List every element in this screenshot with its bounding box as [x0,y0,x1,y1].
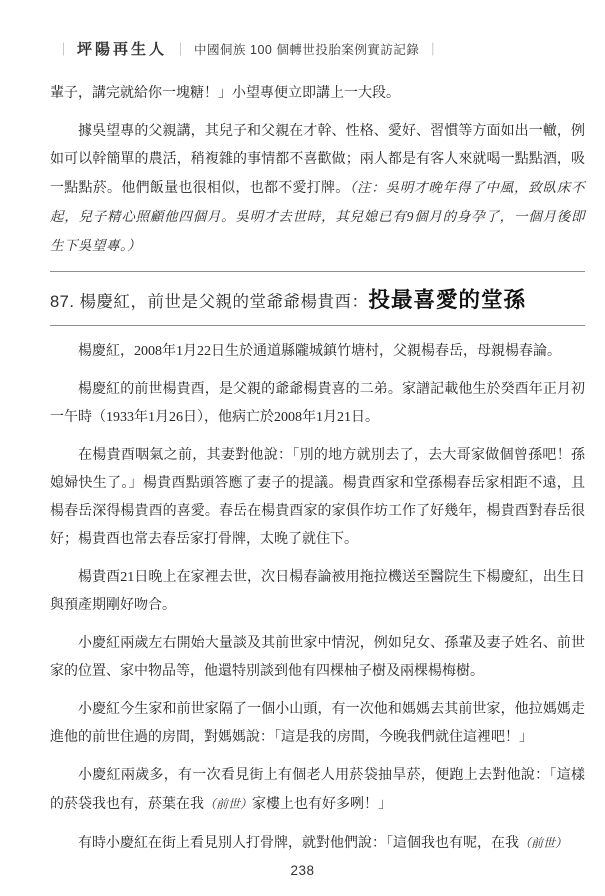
case-87-heading-block: 87. 楊慶紅，前世是父親的堂爺爺楊貴酉： 投最喜愛的堂孫 [50,271,585,326]
case-87-heading-emphasis: 投最喜愛的堂孫 [369,283,527,314]
continuation-paragraph: 輩子，講完就給你一塊糖！」小望專便立即講上一大段。 [50,80,585,108]
birth-info-paragraph: 楊慶紅，2008年1月22日生於通道縣隴城鎮竹塘村，父親楊春岳，母親楊春論。 [50,338,585,366]
early-statements-paragraph: 小慶紅兩歲左右開始大量談及其前世家中情況，例如兒女、孫輩及妻子姓名、前世家的位置… [50,630,585,686]
running-head: ｜ 坪陽再生人 ｜ 中國侗族 100 個轉世投胎案例實訪記錄 ｜ [50,38,585,59]
page-number: 238 [290,863,314,878]
case-87-heading-line: 87. 楊慶紅，前世是父親的堂爺爺楊貴酉： 投最喜愛的堂孫 [50,283,585,314]
deathbed-wish-paragraph: 在楊貴酉咽氣之前，其妻對他說：「別的地方就別去了，去大哥家做個曾孫吧！孫媳婦快生… [50,442,585,554]
previous-life-gloss-2: （前世） [519,836,567,850]
header-separator-right: ｜ [419,39,446,58]
tobacco-pouch-paragraph: 小慶紅兩歲多，有一次看見街上有個老人用菸袋抽旱菸，便跑上去對他說：「這樣的菸袋我… [50,762,585,819]
previous-life-identity-paragraph: 楊慶紅的前世楊貴酉，是父親的爺爺楊貴喜的二弟。家譜記載他生於癸酉年正月初一午時（… [50,376,585,432]
father-comparison-paragraph: 據吳望專的父親講，其兒子和父親在才幹、性格、愛好、習慣等方面如出一轍，例如可以幹… [50,118,585,261]
death-and-birth-paragraph: 楊貴酉21日晚上在家裡去世，次日楊春論被用拖拉機送至醫院生下楊慶紅，出生日與預產… [50,564,585,620]
tobacco-pouch-text-b: 家樓上也有好多咧！」 [252,797,392,812]
previous-life-gloss-1: （前世） [204,797,252,811]
bone-tiles-paragraph: 有時小慶紅在街上看見別人打骨牌，就對他們說：「這個我也有呢，在我（前世） [50,829,585,858]
bone-tiles-text: 有時小慶紅在街上看見別人打骨牌，就對他們說：「這個我也有呢，在我 [78,836,519,851]
book-title: 坪陽再生人 [77,38,167,59]
page-footer: 238 [0,862,605,880]
text-column: 輩子，講完就給你一塊糖！」小望專便立即講上一大段。 據吳望專的父親講，其兒子和父… [50,80,585,868]
book-page: ｜ 坪陽再生人 ｜ 中國侗族 100 個轉世投胎案例實訪記錄 ｜ 輩子，講完就給… [0,0,605,896]
visit-old-home-paragraph: 小慶紅今生家和前世家隔了一個小山頭，有一次他和媽媽去其前世家，他拉媽媽走進他的前… [50,696,585,752]
header-separator-middle: ｜ [167,39,194,58]
book-subtitle: 中國侗族 100 個轉世投胎案例實訪記錄 [194,40,419,58]
case-87-heading-title: 87. 楊慶紅，前世是父親的堂爺爺楊貴酉： [50,288,369,312]
header-separator-left: ｜ [50,39,77,58]
